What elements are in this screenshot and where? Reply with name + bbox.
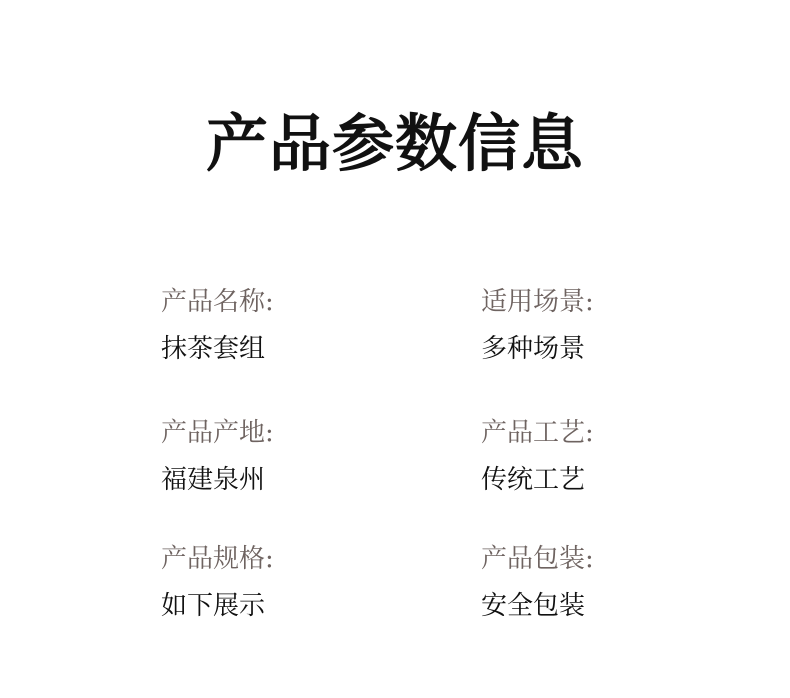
param-product-name: 产品名称: 抹茶套组	[161, 286, 274, 365]
param-label: 产品规格:	[161, 543, 274, 575]
param-label: 产品工艺:	[481, 417, 594, 449]
param-value: 安全包装	[481, 590, 594, 622]
param-value: 多种场景	[481, 333, 594, 365]
param-label: 适用场景:	[481, 286, 594, 318]
param-value: 抹茶套组	[161, 333, 274, 365]
param-value: 如下展示	[161, 590, 274, 622]
param-craft: 产品工艺: 传统工艺	[481, 417, 594, 496]
param-label: 产品包装:	[481, 543, 594, 575]
param-value: 传统工艺	[481, 464, 594, 496]
param-origin: 产品产地: 福建泉州	[161, 417, 274, 496]
param-value: 福建泉州	[161, 464, 274, 496]
param-label: 产品名称:	[161, 286, 274, 318]
param-scenario: 适用场景: 多种场景	[481, 286, 594, 365]
param-spec: 产品规格: 如下展示	[161, 543, 274, 622]
param-label: 产品产地:	[161, 417, 274, 449]
page-title: 产品参数信息	[0, 104, 790, 184]
param-packaging: 产品包装: 安全包装	[481, 543, 594, 622]
